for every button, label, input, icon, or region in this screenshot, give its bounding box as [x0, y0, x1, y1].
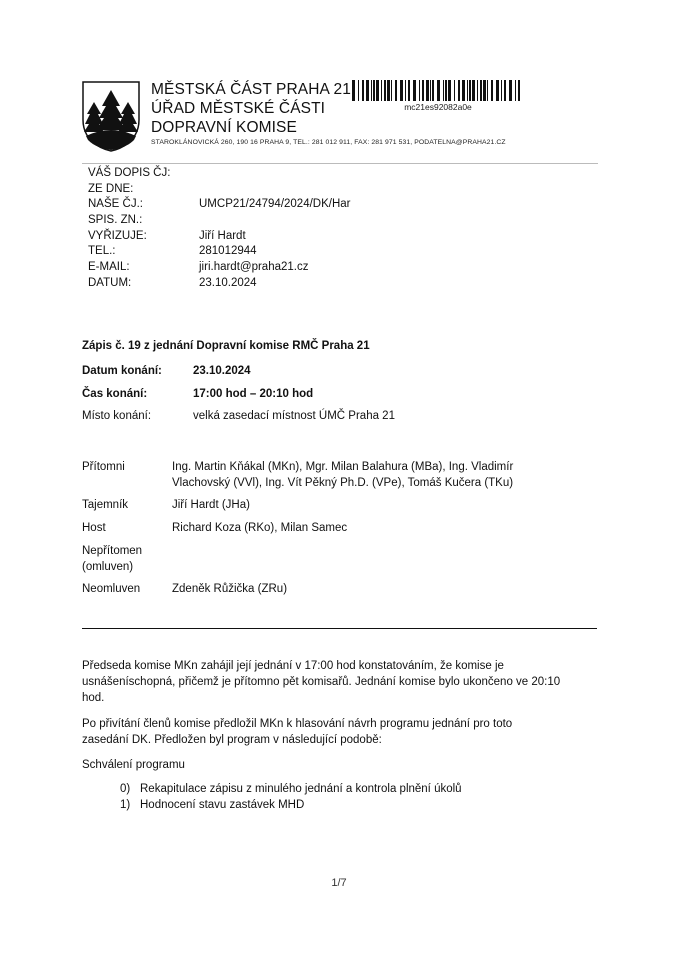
attendance-row: HostRichard Koza (RKo), Milan Samec [82, 521, 532, 537]
reference-label: DATUM: [88, 276, 199, 292]
attendance-value: Jiří Hardt (JHa) [172, 498, 532, 514]
org-line-3: DOPRAVNÍ KOMISE [151, 118, 351, 137]
paragraph-program-approval: Schválení programu [82, 757, 562, 773]
reference-label: VYŘIZUJE: [88, 229, 199, 245]
place-value: velká zasedací místnost ÚMČ Praha 21 [193, 410, 395, 422]
time-value: 17:00 hod – 20:10 hod [193, 388, 313, 400]
attendance-row: NeomluvenZdeněk Růžička (ZRu) [82, 582, 532, 598]
reference-value: 281012944 [199, 244, 257, 260]
date-label: Datum konání: [82, 365, 193, 377]
reference-row: ZE DNE: [88, 182, 351, 198]
reference-block: VÁŠ DOPIS ČJ:ZE DNE:NAŠE ČJ.:UMCP21/2479… [88, 166, 351, 292]
attendance-label: Neomluven [82, 582, 172, 598]
attendance-value: Ing. Martin Kňákal (MKn), Mgr. Milan Bal… [172, 460, 532, 491]
paragraph-opening: Předseda komise MKn zahájil její jednání… [82, 658, 562, 706]
attendance-label: Přítomni [82, 460, 172, 491]
org-line-1: MĚSTSKÁ ČÁST PRAHA 21 [151, 80, 351, 99]
attendance-value: Richard Koza (RKo), Milan Samec [172, 521, 532, 537]
attendance-row: TajemníkJiří Hardt (JHa) [82, 498, 532, 514]
reference-row: NAŠE ČJ.:UMCP21/24794/2024/DK/Har [88, 197, 351, 213]
reference-row: TEL.:281012944 [88, 244, 351, 260]
barcode [352, 80, 524, 101]
reference-label: TEL.: [88, 244, 199, 260]
program-list: 0)Rekapitulace zápisu z minulého jednání… [120, 781, 462, 813]
coat-of-arms-trees-icon [80, 80, 142, 152]
attendance-label: Nepřítomen (omluven) [82, 544, 172, 575]
reference-row: VÁŠ DOPIS ČJ: [88, 166, 351, 182]
meeting-time: Čas konání:17:00 hod – 20:10 hod [82, 388, 313, 400]
attendance-value [172, 544, 532, 575]
reference-row: DATUM:23.10.2024 [88, 276, 351, 292]
attendance-label: Host [82, 521, 172, 537]
reference-value: 23.10.2024 [199, 276, 257, 292]
attendance-row: Nepřítomen (omluven) [82, 544, 532, 575]
reference-row: SPIS. ZN.: [88, 213, 351, 229]
reference-row: VYŘIZUJE:Jiří Hardt [88, 229, 351, 245]
document-title: Zápis č. 19 z jednání Dopravní komise RM… [82, 340, 370, 352]
reference-label: ZE DNE: [88, 182, 199, 198]
page-number: 1/7 [0, 877, 678, 889]
reference-row: E-MAIL:jiri.hardt@praha21.cz [88, 260, 351, 276]
attendance-table: PřítomniIng. Martin Kňákal (MKn), Mgr. M… [82, 460, 532, 605]
reference-value: jiri.hardt@praha21.cz [199, 260, 308, 276]
program-item: 0)Rekapitulace zápisu z minulého jednání… [120, 781, 462, 797]
organization-name: MĚSTSKÁ ČÁST PRAHA 21 ÚŘAD MĚSTSKÉ ČÁSTI… [151, 80, 351, 137]
reference-label: VÁŠ DOPIS ČJ: [88, 166, 199, 182]
date-value: 23.10.2024 [193, 365, 251, 377]
address: STAROKLÁNOVICKÁ 260, 190 16 PRAHA 9, TEL… [151, 139, 506, 146]
place-label: Místo konání: [82, 410, 193, 422]
program-item-number: 0) [120, 781, 140, 797]
reference-value: UMCP21/24794/2024/DK/Har [199, 197, 351, 213]
program-item-text: Hodnocení stavu zastávek MHD [140, 797, 304, 813]
time-label: Čas konání: [82, 388, 193, 400]
paragraph-program-intro: Po přivítání členů komise předložil MKn … [82, 716, 562, 748]
program-item-number: 1) [120, 797, 140, 813]
reference-label: SPIS. ZN.: [88, 213, 199, 229]
reference-value: Jiří Hardt [199, 229, 246, 245]
reference-label: E-MAIL: [88, 260, 199, 276]
attendance-row: PřítomniIng. Martin Kňákal (MKn), Mgr. M… [82, 460, 532, 491]
meeting-date: Datum konání:23.10.2024 [82, 365, 251, 377]
reference-label: NAŠE ČJ.: [88, 197, 199, 213]
attendance-value: Zdeněk Růžička (ZRu) [172, 582, 532, 598]
section-divider [82, 628, 597, 629]
program-item: 1)Hodnocení stavu zastávek MHD [120, 797, 462, 813]
header-divider [82, 163, 598, 164]
meeting-place: Místo konání:velká zasedací místnost ÚMČ… [82, 410, 395, 422]
org-line-2: ÚŘAD MĚSTSKÉ ČÁSTI [151, 99, 351, 118]
program-item-text: Rekapitulace zápisu z minulého jednání a… [140, 781, 462, 797]
attendance-label: Tajemník [82, 498, 172, 514]
barcode-text: mc21es92082a0e [352, 102, 524, 112]
